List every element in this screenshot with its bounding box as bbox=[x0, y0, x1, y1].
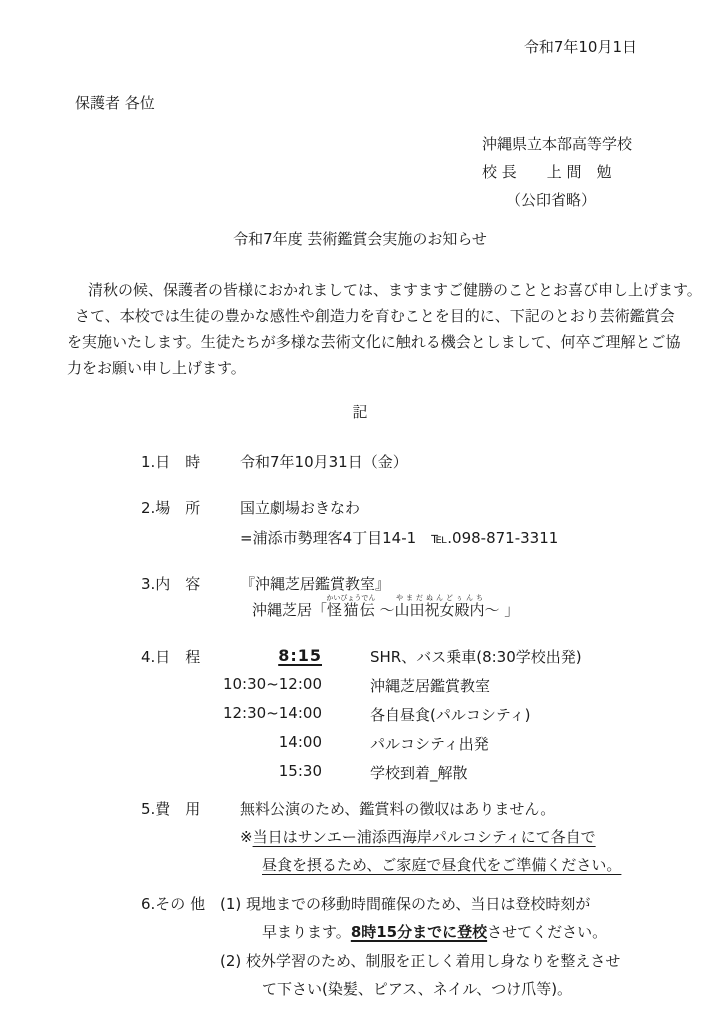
furigana: かいびょうでん bbox=[326, 594, 375, 602]
seal-note: （公印省略） bbox=[482, 191, 632, 219]
schedule-time: 10:30~12:00 bbox=[140, 675, 322, 693]
other-note-1-line1: (1) 現地までの移動時間確保のため、当日は登校時刻が bbox=[220, 893, 590, 914]
furigana: やまだぬんどぅんち bbox=[394, 594, 484, 602]
schedule-row: 10:30~12:00 沖縄芝居鑑賞教室 bbox=[140, 675, 700, 704]
program-title: 『沖縄芝居鑑賞教室』 bbox=[240, 573, 390, 594]
other-note-1-line2: 早まります。8時15分までに登校させてください。 bbox=[262, 921, 607, 942]
cost-note-underlined: 昼食を摂るため、ご家庭で昼食代をご準備ください。 bbox=[262, 856, 621, 874]
schedule-row: 8:15 SHR、バス乗車(8:30学校出発) bbox=[140, 646, 700, 675]
recipient-line: 保護者 各位 bbox=[75, 92, 155, 113]
cost-note-line2: 昼食を摂るため、ご家庭で昼食代をご準備ください。 bbox=[262, 854, 621, 875]
schedule-activity: 沖縄芝居鑑賞教室 bbox=[370, 675, 490, 696]
schedule-activity: パルコシティ出発 bbox=[370, 733, 489, 754]
greeting-line: 清秋の候、保護者の皆様におかれましては、ますますご健勝のこととお喜び申し上げます… bbox=[67, 281, 667, 307]
schedule-activity: 学校到着_解散 bbox=[370, 762, 468, 783]
schedule-activity: 各自昼食(パルコシティ) bbox=[370, 704, 531, 725]
ruby-kaibyouden: 怪猫伝かいびょうでん bbox=[327, 601, 375, 619]
greeting-line: 力をお願い申し上げます。 bbox=[67, 359, 667, 385]
program-subtitle-suffix: ～ 」 bbox=[484, 601, 519, 619]
schedule-time: 12:30~14:00 bbox=[140, 704, 322, 722]
other-note-2-line1: (2) 校外学習のため、制服を正しく着用し身なりを整えさせ bbox=[220, 950, 620, 971]
record-marker: 記 bbox=[0, 401, 720, 422]
program-subtitle: 沖縄芝居「怪猫伝かいびょうでん ～山田祝女殿内やまだぬんどぅんち～ 」 bbox=[252, 594, 519, 620]
cost-note-underlined: 当日はサンエー浦添西海岸パルコシティにて各自で bbox=[253, 828, 596, 846]
note-text: させてください。 bbox=[487, 923, 607, 941]
ruby-yamada-nundunchi: 山田祝女殿内やまだぬんどぅんち bbox=[394, 601, 484, 619]
schedule-row: 15:30 学校到着_解散 bbox=[140, 762, 700, 791]
greeting-line: を実施いたします。生徒たちが多様な芸術文化に触れる機会としまして、何卒ご理解とご… bbox=[67, 333, 667, 359]
item-label: 6.その 他 bbox=[141, 893, 205, 914]
item-label: 5.費 用 bbox=[141, 798, 200, 819]
greeting-paragraph: 清秋の候、保護者の皆様におかれましては、ますますご健勝のこととお喜び申し上げます… bbox=[67, 281, 667, 385]
cost-note-line1: ※当日はサンエー浦添西海岸パルコシティにて各自で bbox=[240, 826, 596, 847]
sender-block: 沖縄県立本部高等学校 校 長 上 間 勉 （公印省略） bbox=[482, 135, 632, 219]
greeting-line: さて、本校では生徒の豊かな感性や創造力を育むことを目的に、下記のとおり芸術鑑賞会 bbox=[67, 307, 667, 333]
cost-text: 無料公演のため、鑑賞料の徴収はありません。 bbox=[240, 798, 555, 819]
schedule-row: 12:30~14:00 各自昼食(パルコシティ) bbox=[140, 704, 700, 733]
arrival-time-emphasis: 8時15分までに登校 bbox=[351, 923, 487, 941]
schedule-activity: SHR、バス乗車(8:30学校出発) bbox=[370, 646, 582, 667]
place-address: =浦添市勢理客4丁目14-1 ℡.098-871-3311 bbox=[240, 527, 558, 548]
note-text: 早まります。 bbox=[262, 923, 351, 941]
document-page: 令和7年10月1日 保護者 各位 沖縄県立本部高等学校 校 長 上 間 勉 （公… bbox=[0, 0, 720, 1022]
sender-school: 沖縄県立本部高等学校 bbox=[482, 135, 632, 163]
schedule-time: 8:15 bbox=[140, 646, 322, 665]
place-name: 国立劇場おきなわ bbox=[240, 497, 360, 518]
schedule-time: 14:00 bbox=[140, 733, 322, 751]
other-note-2-line2: て下さい(染髪、ピアス、ネイル、つけ爪等)。 bbox=[262, 978, 572, 999]
document-date: 令和7年10月1日 bbox=[524, 36, 637, 57]
item-label: 3.内 容 bbox=[141, 573, 200, 594]
document-title: 令和7年度 芸術鑑賞会実施のお知らせ bbox=[0, 228, 720, 249]
program-subtitle-mid: ～ bbox=[375, 601, 395, 619]
schedule-row: 14:00 パルコシティ出発 bbox=[140, 733, 700, 762]
item-label: 2.場 所 bbox=[141, 497, 200, 518]
schedule-time: 15:30 bbox=[140, 762, 322, 780]
program-subtitle-prefix: 沖縄芝居「 bbox=[252, 601, 327, 619]
sender-principal: 校 長 上 間 勉 bbox=[482, 163, 632, 191]
item-label: 1.日 時 bbox=[141, 451, 200, 472]
item-value: 令和7年10月31日（金） bbox=[240, 451, 408, 472]
note-mark: ※ bbox=[240, 828, 253, 846]
